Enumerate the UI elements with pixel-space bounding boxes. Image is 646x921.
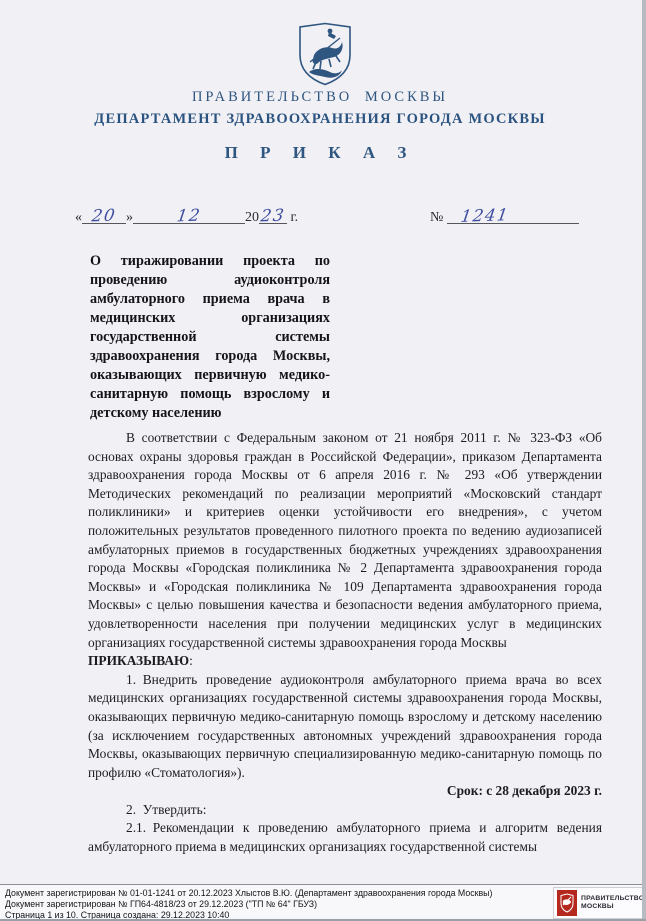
scan-edge: [642, 0, 646, 921]
footer-logo-text: ПРАВИТЕЛЬСТВО МОСКВЫ: [581, 895, 644, 912]
moscow-emblem-small-icon: [557, 890, 577, 916]
order-subject: О тиражировании проекта по проведению ау…: [90, 252, 330, 423]
department-title: ДЕПАРТАМЕНТ ЗДРАВООХРАНЕНИЯ ГОРОДА МОСКВ…: [0, 111, 640, 128]
prikazyvayu-colon: :: [189, 653, 193, 668]
order-title: П Р И К А З: [0, 143, 640, 163]
prikazyvayu-word: ПРИКАЗЫВАЮ: [88, 653, 189, 668]
item-2: 2. Утвердить:: [88, 801, 602, 820]
registration-line-2: Документ зарегистрирован № ГП64-4818/23 …: [5, 899, 492, 910]
year-suffix: г.: [291, 210, 299, 225]
handwritten-day: 20: [91, 206, 118, 226]
scanned-order-document: ПРАВИТЕЛЬСТВО МОСКВЫ ДЕПАРТАМЕНТ ЗДРАВОО…: [0, 0, 646, 921]
item-2-1: 2.1. Рекомендации к проведению амбулатор…: [88, 819, 602, 856]
date-and-number-row: «20»122023 г. № 1241: [75, 200, 584, 230]
year-blank: 23: [259, 206, 287, 224]
registration-lines: Документ зарегистрирован № 01-01-1241 от…: [5, 888, 492, 921]
month-blank: 12: [133, 206, 245, 224]
footer-logo-line-1: ПРАВИТЕЛЬСТВО: [581, 895, 644, 904]
item-1: 1. Внедрить проведение аудиоконтроля амб…: [88, 671, 602, 783]
prikazyvayu-line: ПРИКАЗЫВАЮ:: [88, 652, 602, 671]
order-number-field: № 1241: [430, 206, 579, 226]
government-title: ПРАВИТЕЛЬСТВО МОСКВЫ: [0, 89, 640, 106]
footer-logo-line-2: МОСКВЫ: [581, 903, 644, 912]
preamble-text: В соответствии с Федеральным законом от …: [88, 430, 602, 650]
year-printed: 20: [245, 210, 259, 225]
close-quote: »: [126, 210, 133, 225]
registration-line-1: Документ зарегистрирован № 01-01-1241 от…: [5, 888, 492, 899]
footer-government-logo: ПРАВИТЕЛЬСТВО МОСКВЫ: [553, 887, 643, 919]
moscow-coat-of-arms-icon: [296, 22, 354, 86]
deadline-line: Срок: с 28 декабря 2023 г.: [88, 782, 602, 801]
date-field: «20»122023 г.: [75, 206, 298, 226]
number-sign: №: [430, 210, 443, 225]
registration-footer: Документ зарегистрирован № 01-01-1241 от…: [0, 884, 646, 921]
order-body: В соответствии с Федеральным законом от …: [88, 429, 602, 857]
open-quote: «: [75, 210, 82, 225]
handwritten-month: 12: [176, 206, 203, 226]
day-blank: 20: [82, 206, 126, 224]
handwritten-year: 23: [260, 206, 287, 226]
handwritten-number: 1241: [459, 205, 510, 226]
preamble-paragraph: В соответствии с Федеральным законом от …: [88, 429, 602, 652]
number-blank: 1241: [447, 206, 579, 224]
